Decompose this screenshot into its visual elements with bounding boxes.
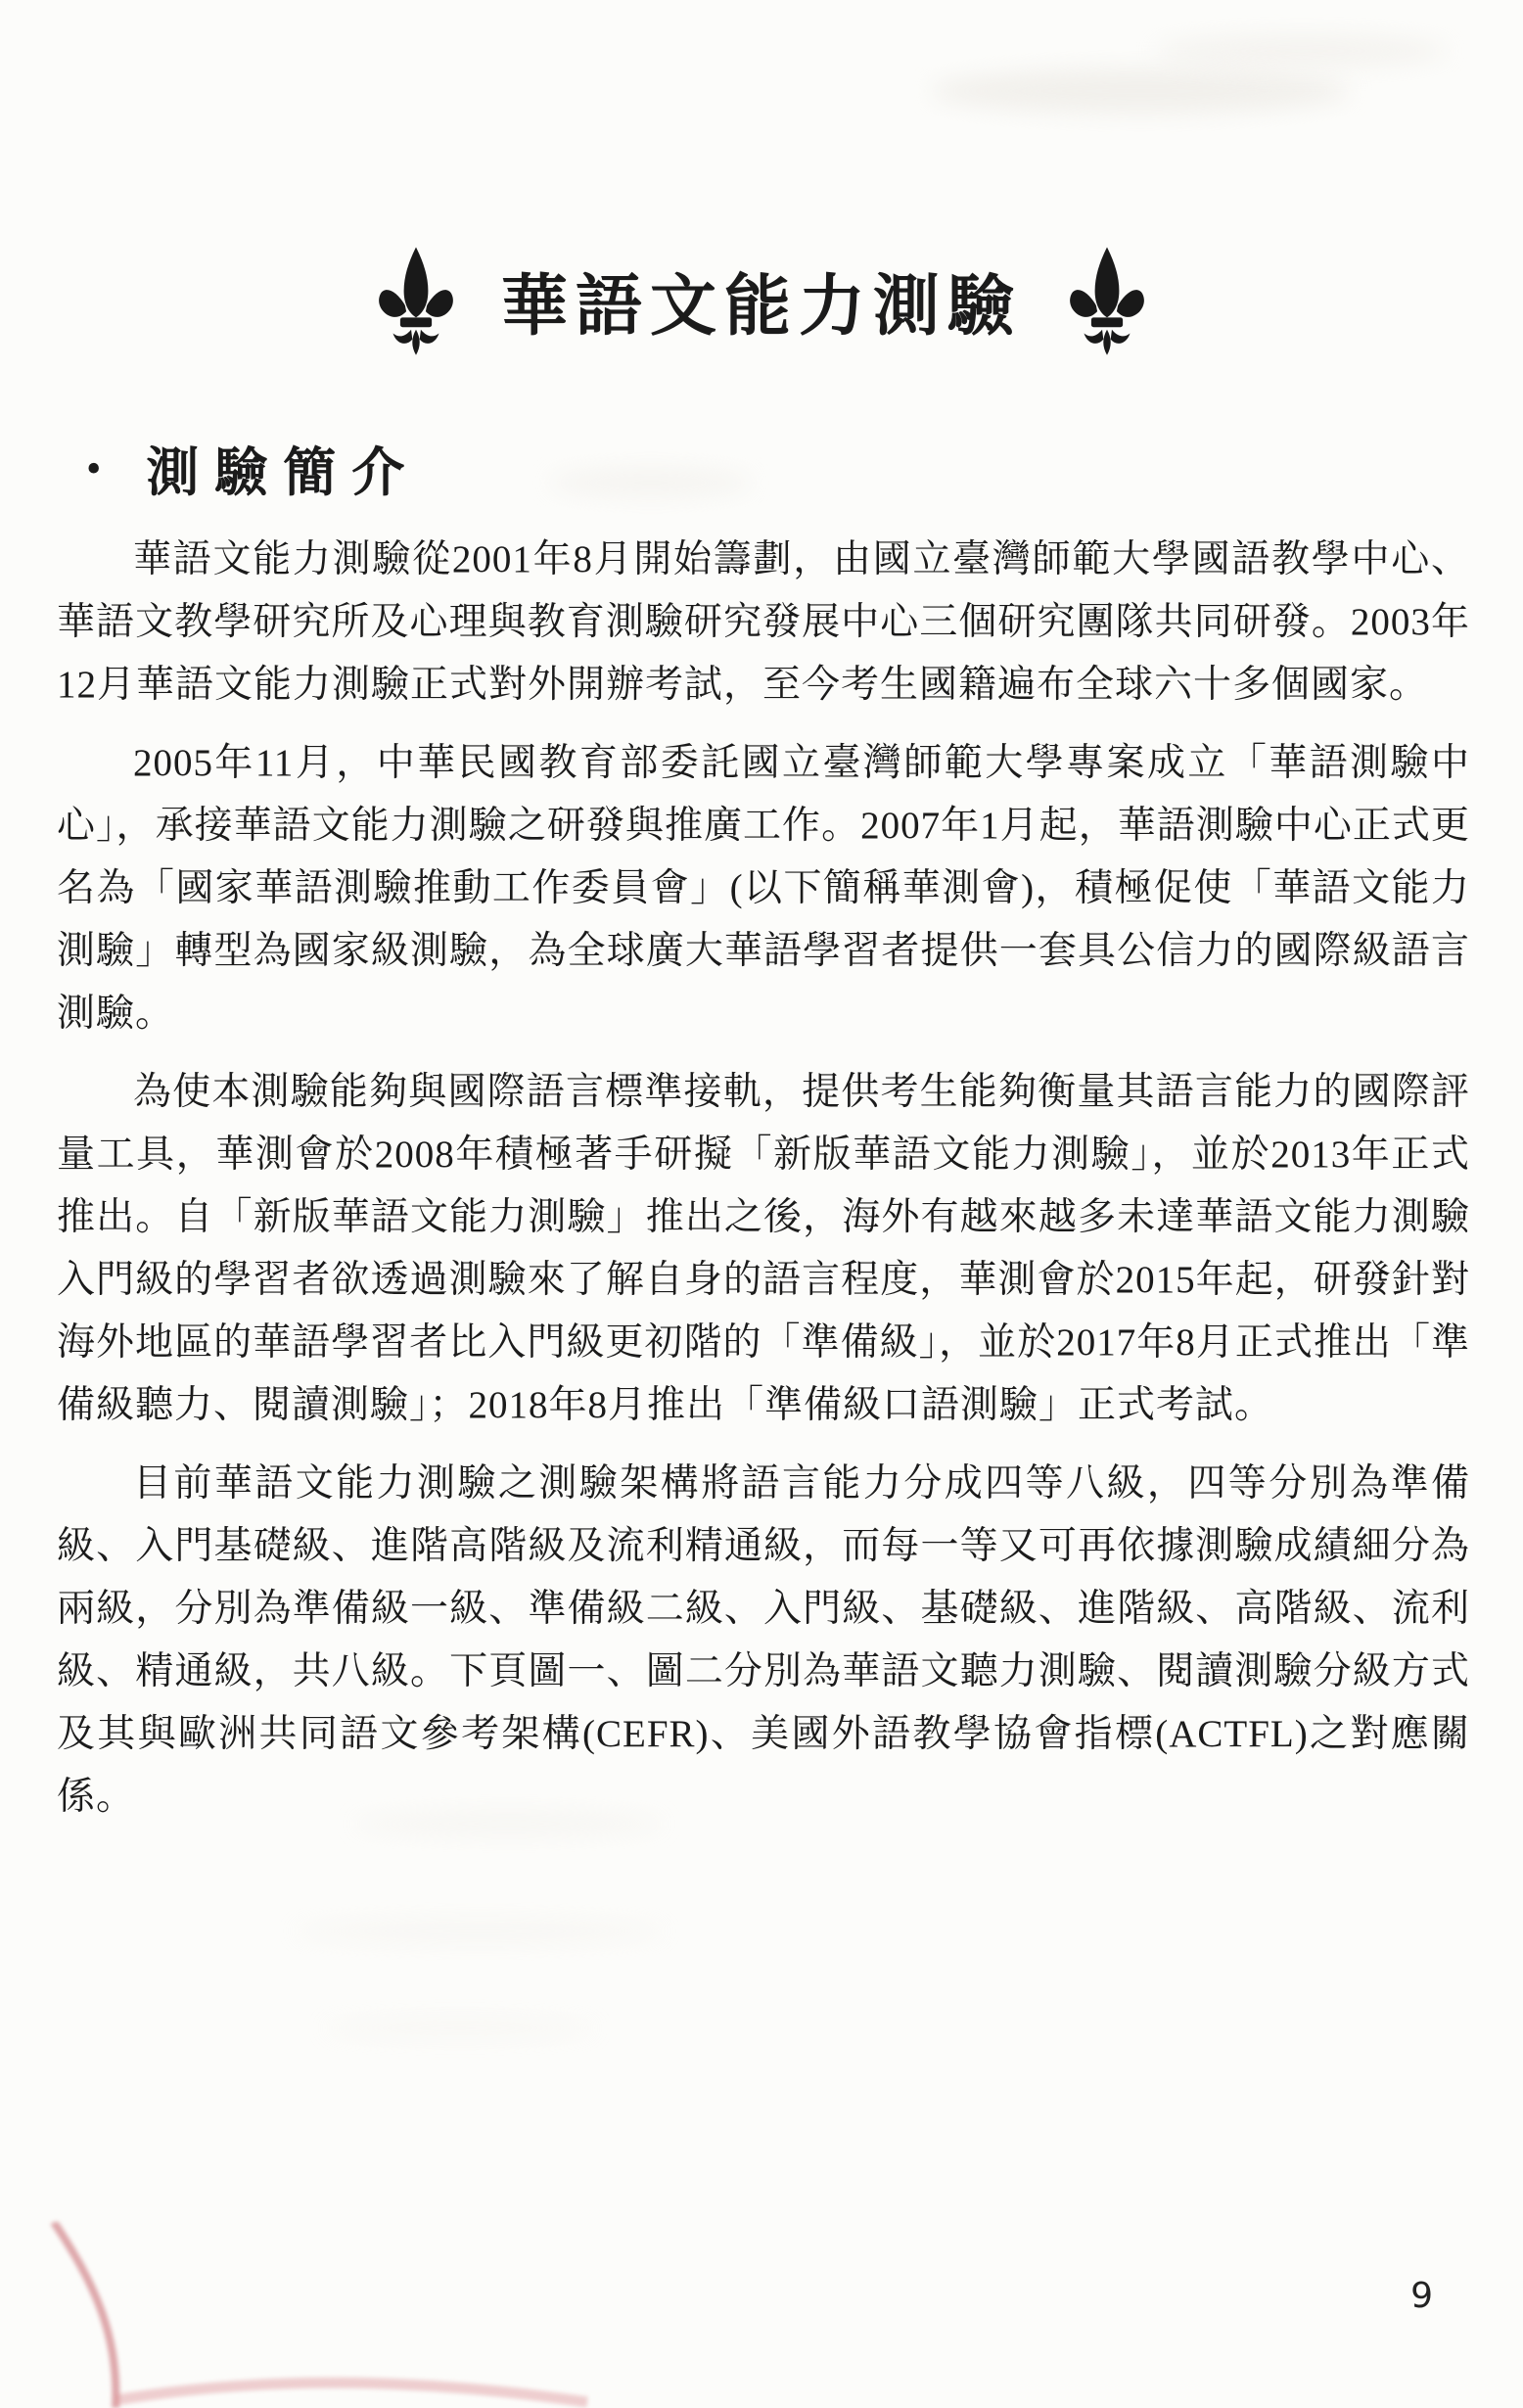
document-body: 華語文能力測驗從2001年8月開始籌劃，由國立臺灣師範大學國語教學中心、華語文教… [57, 529, 1470, 1844]
document-page: 華語文能力測驗 • 測驗簡介 華語文能力測驗從2001年8月開始籌劃，由國立臺灣… [0, 0, 1523, 2408]
document-title: 華語文能力測驗 [501, 254, 1022, 348]
bullet-icon: • [86, 447, 101, 490]
scan-smudge [548, 468, 754, 497]
scan-smudge [294, 1919, 666, 1944]
page-number: 9 [1410, 2276, 1433, 2316]
paragraph-band-structure: 目前華語文能力測驗之測驗架構將語言能力分成四等八級，四等分別為準備級、入門基礎級… [57, 1453, 1470, 1829]
paragraph-intro-history: 華語文能力測驗從2001年8月開始籌劃，由國立臺灣師範大學國語教學中心、華語文教… [57, 529, 1470, 717]
fleur-de-lis-icon [1061, 245, 1153, 356]
section-heading: 測驗簡介 [146, 431, 420, 506]
scan-smudge [930, 69, 1351, 114]
scan-smudge [323, 2016, 597, 2040]
fleur-de-lis-icon [370, 245, 462, 356]
document-title-row: 華語文能力測驗 [0, 245, 1523, 356]
paragraph-steering-committee: 2005年11月，中華民國教育部委託國立臺灣師範大學專案成立「華語測驗中心」，承… [57, 732, 1470, 1045]
scan-smudge [1155, 34, 1449, 68]
paragraph-new-version-prep-level: 為使本測驗能夠與國際語言標準接軌，提供考生能夠衡量其語言能力的國際評量工具，華測… [57, 1061, 1470, 1437]
section-heading-row: • 測驗簡介 [86, 431, 420, 506]
page-edge-red-bleed [0, 2222, 607, 2408]
